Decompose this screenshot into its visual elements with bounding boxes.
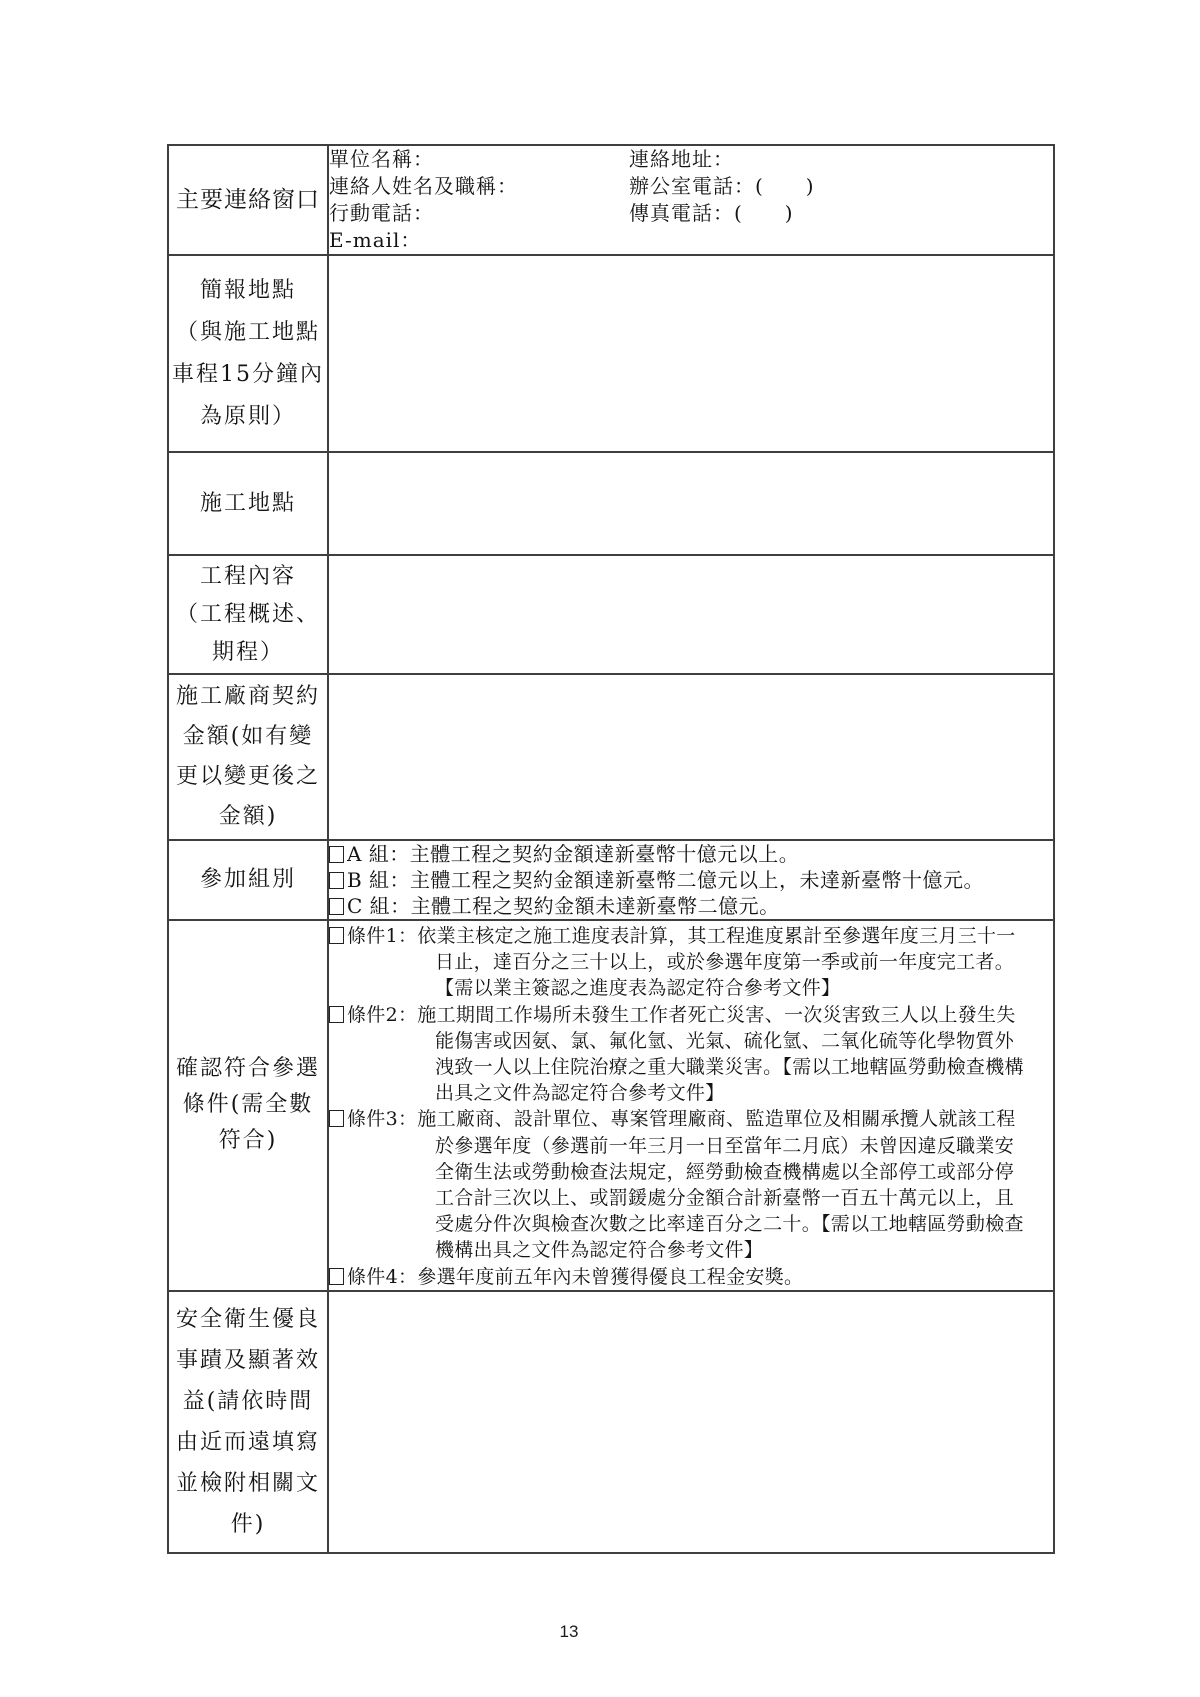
- row-header-main-contact: 主要連絡窗口: [168, 145, 328, 255]
- checkbox-group-c-icon: [329, 898, 344, 915]
- condition-1-label: 條件1：: [347, 925, 417, 947]
- checkbox-group-a-icon: [329, 846, 344, 863]
- contact-line-blank: [629, 227, 1053, 254]
- contact-address-label: 連絡地址：: [629, 146, 1053, 173]
- condition-2: 條件2：施工期間工作場所未發生工作者死亡災害、一次災害致三人以上發生失 能傷害或…: [329, 1002, 1053, 1107]
- office-phone-label: 辦公室電話：( ): [629, 173, 1053, 200]
- row-header-construction-site: 施工地點: [168, 452, 328, 555]
- condition-3-label: 條件3：: [347, 1108, 417, 1130]
- condition-4-label: 條件4：: [347, 1266, 417, 1288]
- row-header-achievements: 安全衛生優良 事蹟及顯著效 益(請依時間 由近而遠填寫 並檢附相關文 件): [168, 1291, 328, 1553]
- group-option-c: C 組：主體工程之契約金額未達新臺幣二億元。: [329, 893, 1053, 919]
- group-option-b: B 組：主體工程之契約金額達新臺幣二億元以上，未達新臺幣十億元。: [329, 867, 1053, 893]
- condition-3-text: 施工廠商、設計單位、專案管理廠商、監造單位及相關承攬人就該工程 於參選年度（參選…: [417, 1108, 1024, 1261]
- fax-label: 傳真電話：( ): [629, 200, 1053, 227]
- condition-2-label: 條件2：: [347, 1004, 417, 1026]
- checkbox-group-b-icon: [329, 872, 344, 889]
- condition-4-text: 參選年度前五年內未曾獲得優良工程金安獎。: [417, 1266, 803, 1288]
- email-label: E-mail：: [329, 227, 629, 254]
- condition-1: 條件1：依業主核定之施工進度表計算，其工程進度累計至參選年度三月三十一 日止，達…: [329, 923, 1053, 1002]
- application-form-table: 主要連絡窗口 單位名稱： 連絡地址： 連絡人姓名及職稱： 辦公室電話：( ) 行…: [167, 144, 1055, 1554]
- checkbox-condition-2-icon: [329, 1006, 344, 1023]
- page-number: 13: [0, 1622, 1138, 1642]
- contact-line: E-mail：: [329, 227, 1053, 254]
- condition-4: 條件4：參選年度前五年內未曾獲得優良工程金安獎。: [329, 1264, 1053, 1290]
- row-header-briefing-location: 簡報地點 （與施工地點 車程15分鐘內 為原則）: [168, 255, 328, 452]
- group-option-a: A 組：主體工程之契約金額達新臺幣十億元以上。: [329, 841, 1053, 867]
- mobile-phone-label: 行動電話：: [329, 200, 629, 227]
- briefing-location-cell: [328, 255, 1054, 452]
- contact-info-cell: 單位名稱： 連絡地址： 連絡人姓名及職稱： 辦公室電話：( ) 行動電話： 傳真…: [328, 145, 1054, 255]
- row-header-contract-amount: 施工廠商契約 金額(如有變 更以變更後之 金額): [168, 674, 328, 840]
- contact-line: 連絡人姓名及職稱： 辦公室電話：( ): [329, 173, 1053, 200]
- qualification-conditions-cell: 條件1：依業主核定之施工進度表計算，其工程進度累計至參選年度三月三十一 日止，達…: [328, 920, 1054, 1291]
- row-header-participation-group: 參加組別: [168, 840, 328, 920]
- contact-line: 行動電話： 傳真電話：( ): [329, 200, 1053, 227]
- checkbox-condition-3-icon: [329, 1110, 344, 1127]
- row-header-project-content: 工程內容 （工程概述、 期程）: [168, 555, 328, 674]
- group-option-c-label: C 組：主體工程之契約金額未達新臺幣二億元。: [347, 894, 780, 918]
- condition-1-text: 依業主核定之施工進度表計算，其工程進度累計至參選年度三月三十一 日止，達百分之三…: [417, 925, 1015, 999]
- contact-line: 單位名稱： 連絡地址：: [329, 146, 1053, 173]
- group-option-b-label: B 組：主體工程之契約金額達新臺幣二億元以上，未達新臺幣十億元。: [347, 868, 984, 892]
- construction-site-cell: [328, 452, 1054, 555]
- row-header-qualification-conditions: 確認符合參選 條件(需全數 符合): [168, 920, 328, 1291]
- contract-amount-cell: [328, 674, 1054, 840]
- contact-person-label: 連絡人姓名及職稱：: [329, 173, 629, 200]
- unit-name-label: 單位名稱：: [329, 146, 629, 173]
- achievements-cell: [328, 1291, 1054, 1553]
- checkbox-condition-4-icon: [329, 1268, 344, 1285]
- checkbox-condition-1-icon: [329, 927, 344, 944]
- condition-2-text: 施工期間工作場所未發生工作者死亡災害、一次災害致三人以上發生失 能傷害或因氨、氯…: [417, 1004, 1024, 1105]
- group-option-a-label: A 組：主體工程之契約金額達新臺幣十億元以上。: [347, 842, 799, 866]
- condition-3: 條件3：施工廠商、設計單位、專案管理廠商、監造單位及相關承攬人就該工程 於參選年…: [329, 1106, 1053, 1263]
- participation-group-cell: A 組：主體工程之契約金額達新臺幣十億元以上。 B 組：主體工程之契約金額達新臺…: [328, 840, 1054, 920]
- project-content-cell: [328, 555, 1054, 674]
